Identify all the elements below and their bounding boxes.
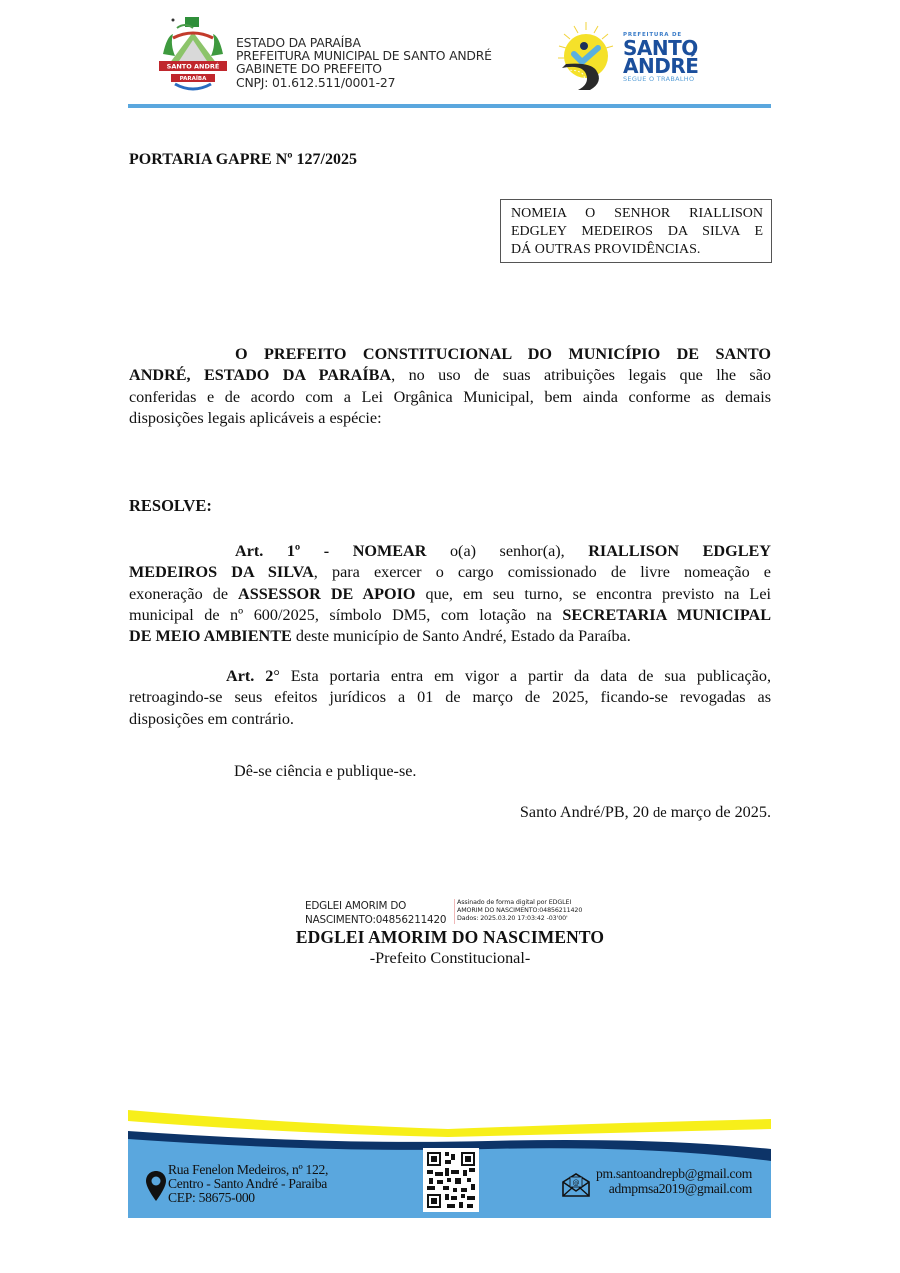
qr-code-icon[interactable] — [423, 1148, 479, 1212]
signatory-name: EDGLEI AMORIM DO NASCIMENTO — [0, 927, 900, 948]
closing-formula: Dê-se ciência e publique-se. — [234, 762, 416, 781]
place-date: Santo André/PB, 20 de março de 2025. — [520, 803, 771, 822]
map-pin-icon — [145, 1170, 167, 1202]
header-gabinete: GABINETE DO PREFEITO — [236, 62, 492, 75]
email-link-1[interactable]: pm.santoandrepb@gmail.com — [596, 1167, 752, 1182]
preamble: O PREFEITO CONSTITUCIONAL DO MUNICÍPIO D… — [129, 344, 771, 429]
signatory-role: -Prefeito Constitucional- — [0, 949, 900, 968]
svg-text:PARAÍBA: PARAÍBA — [180, 74, 208, 82]
footer-emails: pm.santoandrepb@gmail.com admpmsa2019@gm… — [596, 1167, 752, 1196]
footer-address: Rua Fenelon Medeiros, nº 122, Centro - S… — [168, 1163, 328, 1205]
header-divider — [128, 104, 771, 108]
svg-text:@: @ — [573, 1179, 580, 1187]
summary-box: NOMEIA O SENHOR RIALLISON EDGLEY MEDEIRO… — [500, 199, 772, 263]
resolve-heading: RESOLVE: — [129, 496, 212, 516]
svg-text:SANTO ANDRÉ: SANTO ANDRÉ — [167, 62, 220, 71]
envelope-icon: @ — [561, 1172, 591, 1198]
document-title: PORTARIA GAPRE Nº 127/2025 — [129, 151, 357, 169]
brand-wordmark: PREFEITURA DE SANTO ANDRÉ SEGUE O TRABAL… — [623, 32, 698, 84]
document-page: SANTO ANDRÉ PARAÍBA ESTADO DA PARAÍBA PR… — [0, 0, 900, 1273]
digital-signature-signer: EDGLEI AMORIM DO NASCIMENTO:04856211420 — [305, 899, 446, 927]
article-2: Art. 2° Esta portaria entra em vigor a p… — [129, 666, 771, 730]
sun-road-logo-icon — [556, 20, 626, 92]
email-link-2[interactable]: admpmsa2019@gmail.com — [596, 1182, 752, 1197]
header-cnpj: CNPJ: 01.612.511/0001-27 — [236, 76, 492, 89]
coat-of-arms-icon: SANTO ANDRÉ PARAÍBA — [155, 14, 231, 94]
article-1: Art. 1º - NOMEAR o(a) senhor(a), RIALLIS… — [129, 541, 771, 647]
header-institution: ESTADO DA PARAÍBA PREFEITURA MUNICIPAL D… — [236, 36, 492, 89]
digital-signature-details: Assinado de forma digital por EDGLEI AMO… — [454, 899, 582, 924]
